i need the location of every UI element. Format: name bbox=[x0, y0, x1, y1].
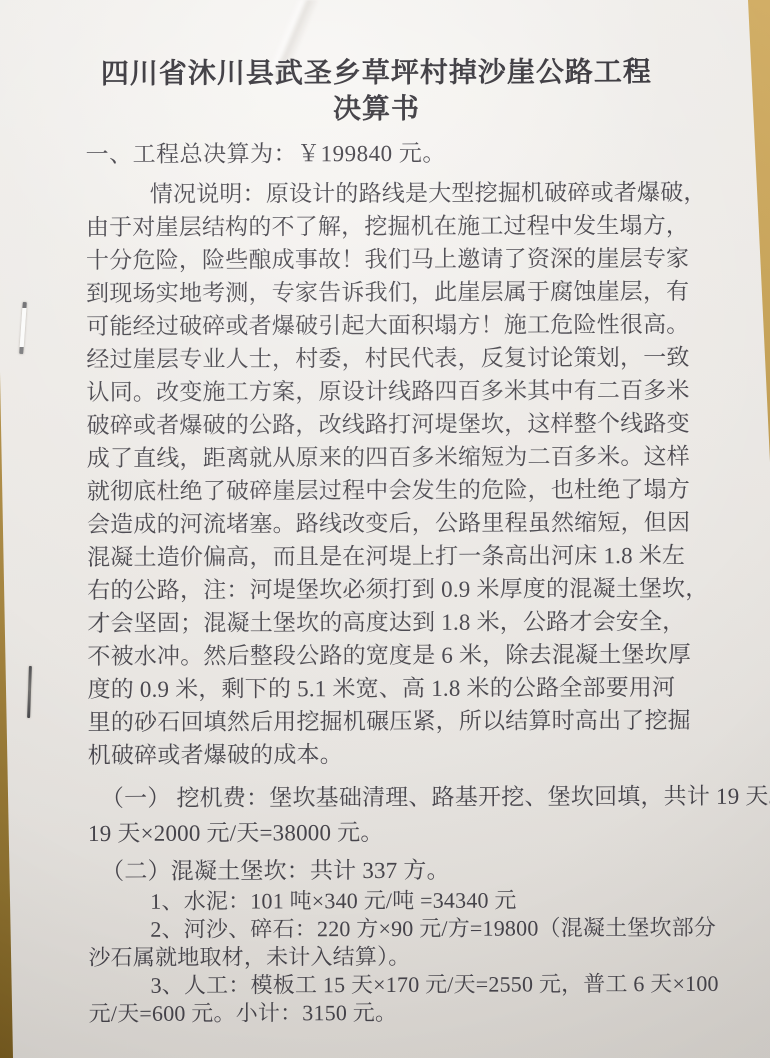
paragraph-line: 才会坚固；混凝土堡坎的高度达到 1.8 米，公路才会安全， bbox=[87, 605, 669, 640]
paragraph-line: 成了直线，距离就从原来的四百多米缩短为二百多米。这样 bbox=[87, 440, 669, 475]
item-line: （一） 挖机费：堡坎基础清理、路基开挖、堡坎回填，共计 19 天。 bbox=[88, 779, 670, 816]
item-heading: （二）混凝土堡坎：共计 337 方。 bbox=[88, 854, 670, 888]
item-excavator-fee: （一） 挖机费：堡坎基础清理、路基开挖、堡坎回填，共计 19 天。 19 天×2… bbox=[88, 779, 670, 851]
paper-sheet: 四川省沐川县武圣乡草坪村掉沙崖公路工程 决算书 一、工程总决算为：￥199840… bbox=[0, 0, 770, 1058]
paragraph-line: 右的公路，注：河堤堡坎必须打到 0.9 米厚度的混凝土堡坎， bbox=[87, 572, 669, 607]
sub-item-line: 2、河沙、碎石：220 方×90 元/方=19800（混凝土堡坎部分 bbox=[88, 914, 670, 944]
situation-paragraph: 情况说明：原设计的路线是大型挖掘机破碎或者爆破， 由于对崖层结构的不了解，挖掘机… bbox=[86, 176, 670, 772]
title-line-1: 四川省沐川县武圣乡草坪村掉沙崖公路工程 bbox=[85, 55, 667, 93]
paragraph-line: 由于对崖层结构的不了解，挖掘机在施工过程中发生塌方， bbox=[86, 209, 668, 244]
paragraph-line: 混凝土造价偏高，而且是在河堤上打一条高出河床 1.8 米左 bbox=[87, 539, 669, 574]
paragraph-line: 可能经过破碎或者爆破引起大面积塌方！施工危险性很高。 bbox=[86, 308, 668, 343]
paragraph-line: 会造成的河流堵塞。路线改变后，公路里程虽然缩短，但因 bbox=[87, 506, 669, 541]
paragraph-line: 情况说明：原设计的路线是大型挖掘机破碎或者爆破， bbox=[86, 176, 668, 211]
staple-top bbox=[19, 302, 27, 354]
paragraph-line: 不被水冲。然后整段公路的宽度是 6 米，除去混凝土堡坎厚 bbox=[87, 638, 669, 673]
sub-item-line: 沙石属就地取材，未计入结算）。 bbox=[88, 942, 670, 972]
item-concrete-retaining-wall: （二）混凝土堡坎：共计 337 方。 1、水泥：101 吨×340 元/吨 =3… bbox=[88, 854, 671, 1028]
paragraph-line: 机破碎或者爆破的成本。 bbox=[88, 737, 670, 772]
paragraph-line: 破碎或者爆破的公路，改线路打河堤堡坎，这样整个线路变 bbox=[87, 407, 669, 442]
paragraph-line: 到现场实地考测，专家告诉我们，此崖层属于腐蚀崖层，有 bbox=[86, 275, 668, 310]
paragraph-line: 里的砂石回填然后用挖掘机碾压紧，所以结算时高出了挖掘 bbox=[88, 704, 670, 739]
sub-item-line: 3、人工：模板工 15 天×170 元/天=2550 元，普工 6 天×100 bbox=[89, 970, 671, 1000]
paragraph-line: 经过崖层专业人士，村委，村民代表，反复讨论策划，一致 bbox=[86, 341, 668, 376]
sub-item-line: 元/天=600 元。小计：3150 元。 bbox=[89, 998, 671, 1028]
paragraph-line: 十分危险，险些酿成事故！我们马上邀请了资深的崖层专家 bbox=[86, 242, 668, 277]
paragraph-line: 度的 0.9 米，剩下的 5.1 米宽、高 1.8 米的公路全部要用河 bbox=[87, 671, 669, 706]
title-line-2: 决算书 bbox=[85, 91, 667, 129]
document-title: 四川省沐川县武圣乡草坪村掉沙崖公路工程 决算书 bbox=[85, 55, 667, 129]
item-line: 19 天×2000 元/天=38000 元。 bbox=[88, 814, 670, 851]
staple-bottom bbox=[27, 666, 32, 718]
document-content: 四川省沐川县武圣乡草坪村掉沙崖公路工程 决算书 一、工程总决算为：￥199840… bbox=[85, 49, 670, 1028]
paragraph-line: 认同。改变施工方案，原设计线路四百多米其中有二百多米 bbox=[86, 374, 668, 409]
sub-item-line: 1、水泥：101 吨×340 元/吨 =34340 元 bbox=[88, 886, 670, 916]
document-photo: 四川省沐川县武圣乡草坪村掉沙崖公路工程 决算书 一、工程总决算为：￥199840… bbox=[0, 0, 770, 1058]
total-settlement-line: 一、工程总决算为：￥199840 元。 bbox=[86, 139, 668, 169]
paragraph-line: 就彻底杜绝了破碎崖层过程中会发生的危险，也杜绝了塌方 bbox=[87, 473, 669, 508]
